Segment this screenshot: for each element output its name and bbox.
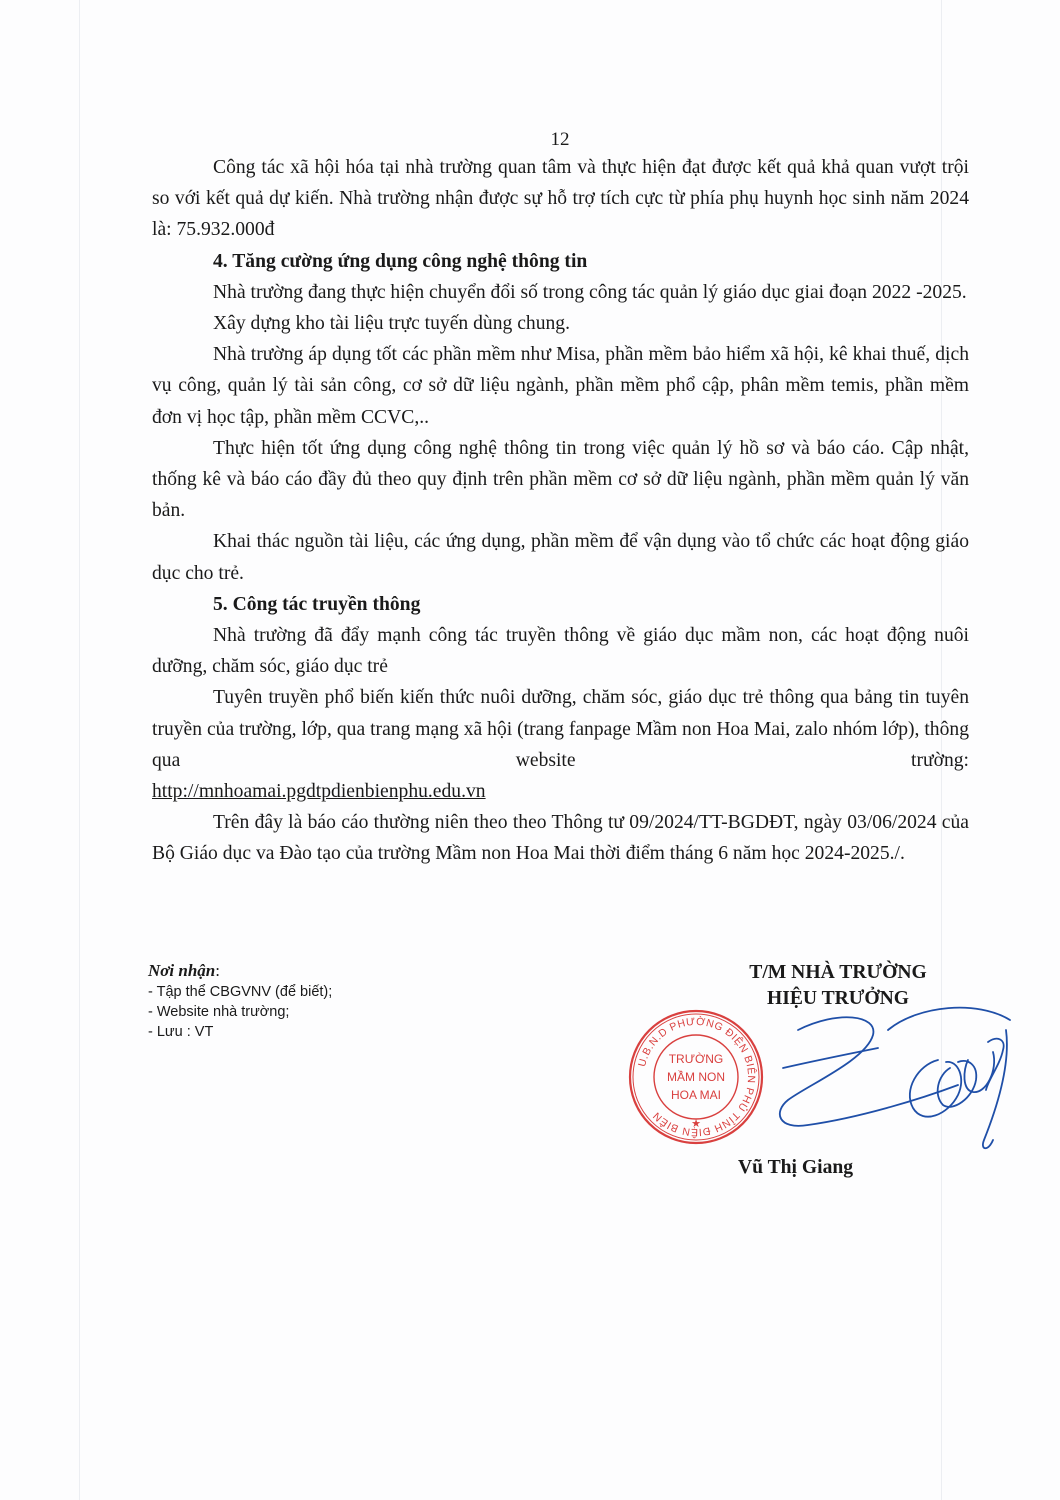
recipient-item: - Lưu : VT — [148, 1022, 478, 1042]
section-5-heading: 5. Công tác truyền thông — [152, 589, 969, 620]
school-website-link[interactable]: http://mnhoamai.pgdtpdienbienphu.edu.vn — [152, 781, 486, 802]
section-4-paragraph: Nhà trường đang thực hiện chuyển đổi số … — [152, 277, 969, 308]
closing-paragraph: Trên đây là báo cáo thường niên theo the… — [152, 807, 969, 869]
section-5-paragraph: Nhà trường đã đẩy mạnh công tác truyền t… — [152, 620, 969, 682]
signer-name: Vũ Thị Giang — [738, 1155, 853, 1181]
section-4-heading: 4. Tăng cường ứng dụng công nghệ thông t… — [152, 246, 969, 277]
handwritten-signature-icon — [688, 990, 1018, 1160]
scan-edge-left — [79, 0, 80, 1500]
recipients-title: Nơi nhận: — [148, 960, 478, 982]
section-4-paragraph: Khai thác nguồn tài liệu, các ứng dụng, … — [152, 526, 969, 588]
section-4-paragraph: Xây dựng kho tài liệu trực tuyến dùng ch… — [152, 308, 969, 339]
on-behalf-title: T/M NHÀ TRƯỜNG — [688, 960, 988, 986]
page-number: 12 — [0, 128, 1060, 152]
section-4-paragraph: Thực hiện tốt ứng dụng công nghệ thông t… — [152, 433, 969, 527]
section-4-paragraph: Nhà trường áp dụng tốt các phần mềm như … — [152, 339, 969, 433]
recipient-item: - Website nhà trường; — [148, 1002, 478, 1022]
section-5-paragraph: Tuyên truyền phổ biến kiến thức nuôi dưỡ… — [152, 682, 969, 776]
recipient-item: - Tập thể CBGVNV (để biết); — [148, 982, 478, 1002]
recipients-block: Nơi nhận: - Tập thể CBGVNV (để biết); - … — [148, 960, 478, 1042]
document-body: Công tác xã hội hóa tại nhà trường quan … — [152, 152, 969, 870]
paragraph-socialization: Công tác xã hội hóa tại nhà trường quan … — [152, 152, 969, 246]
recipients-list: - Tập thể CBGVNV (để biết); - Website nh… — [148, 982, 478, 1042]
website-link-line: http://mnhoamai.pgdtpdienbienphu.edu.vn — [152, 776, 969, 807]
